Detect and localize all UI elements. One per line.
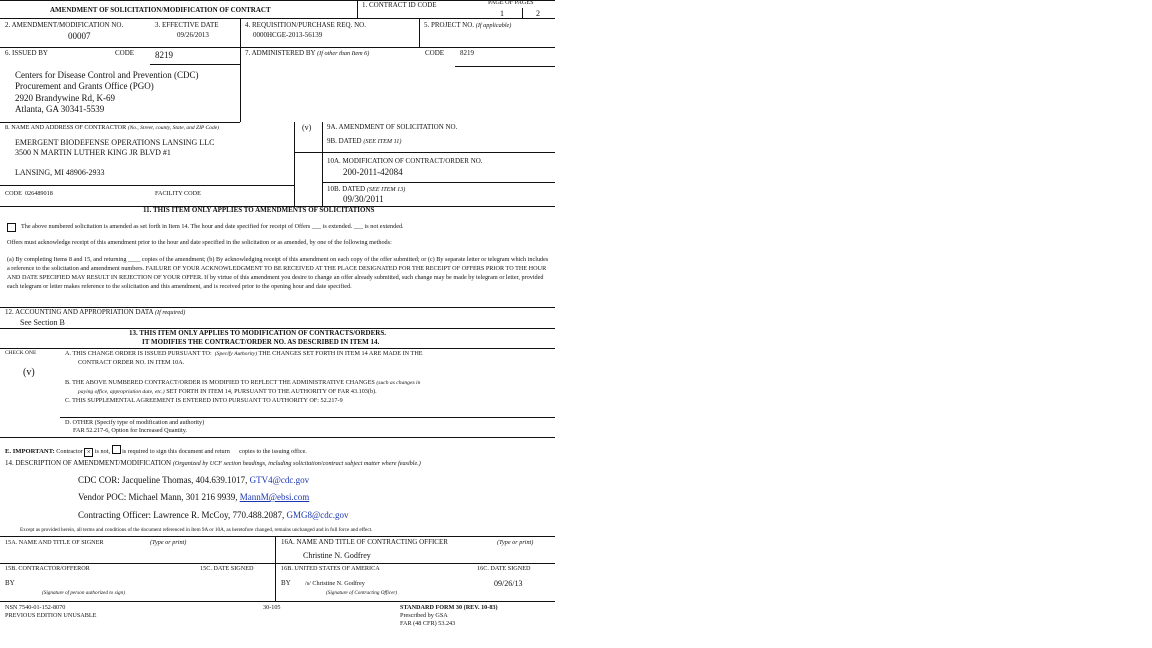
block7-code: 8219 bbox=[460, 50, 474, 57]
block16b-by: BY bbox=[281, 580, 291, 587]
rule bbox=[522, 8, 523, 18]
contact-co: Contracting Officer: Lawrence R. McCoy, … bbox=[78, 511, 348, 520]
item11-line1: The above numbered solicitation is amend… bbox=[21, 224, 404, 230]
block8-hint: (No., Street, county, State, and ZIP Cod… bbox=[128, 125, 219, 131]
rule bbox=[0, 348, 555, 349]
rule bbox=[0, 536, 555, 537]
item-e-is-required: is required to sign this document and re… bbox=[122, 448, 230, 455]
block15b-by: BY bbox=[5, 580, 15, 587]
rule bbox=[275, 536, 276, 601]
block15b-sig-hint: (Signature of person authorized to sign) bbox=[42, 591, 125, 596]
issuer-line-4: Atlanta, GA 30341-5539 bbox=[15, 105, 104, 114]
rule bbox=[0, 185, 294, 186]
rule bbox=[0, 18, 555, 19]
item-e-contractor: Contractor bbox=[56, 448, 82, 455]
item13c-line: C. THIS SUPPLEMENTAL AGREEMENT IS ENTERE… bbox=[65, 398, 343, 404]
contact-cor-text: CDC COR: Jacqueline Thomas, 404.639.1017… bbox=[78, 475, 250, 485]
block5-label: 5. PROJECT NO. (If applicable) bbox=[424, 22, 511, 29]
item13-title-2: IT MODIFIES THE CONTRACT/ORDER NO. AS DE… bbox=[142, 339, 379, 346]
rule bbox=[0, 122, 240, 123]
block16a-hint: (Type or print) bbox=[497, 540, 533, 546]
footer-nsn: NSN 7540-01-152-8070 bbox=[5, 605, 65, 611]
footer-prescribed: Prescribed by GSA bbox=[400, 613, 448, 619]
contact-cor: CDC COR: Jacqueline Thomas, 404.639.1017… bbox=[78, 476, 309, 485]
item13b-post: SET FORTH IN ITEM 14, PURSUANT TO THE AU… bbox=[166, 388, 376, 395]
contact-co-email[interactable]: GMG8@cdc.gov bbox=[286, 510, 348, 520]
item14-footer-note: Except as provided herein, all terms and… bbox=[20, 528, 372, 533]
footer-far: FAR (48 CFR) 53.243 bbox=[400, 621, 455, 627]
block7-code-label: CODE bbox=[425, 50, 444, 57]
block6-label: 6. ISSUED BY bbox=[5, 50, 48, 57]
block16b-sig-hint: (Signature of Contracting Officer) bbox=[326, 591, 397, 596]
block1-label: 1. CONTRACT ID CODE bbox=[362, 2, 437, 9]
block5-hint: (If applicable) bbox=[476, 22, 512, 29]
item12-value: See Section B bbox=[20, 319, 65, 327]
block10b-label-text: 10B. DATED bbox=[327, 185, 365, 193]
block16b-label: 16B. UNITED STATES OF AMERICA bbox=[281, 566, 380, 572]
item11-checkbox[interactable] bbox=[7, 223, 16, 232]
rule bbox=[322, 182, 555, 183]
rule bbox=[357, 0, 358, 18]
rule bbox=[0, 563, 555, 564]
block7-label: 7. ADMINISTERED BY (If other than Item 6… bbox=[245, 50, 369, 57]
block8-label: 8. NAME AND ADDRESS OF CONTRACTOR (No., … bbox=[5, 125, 219, 132]
footer-code: 30-105 bbox=[263, 605, 281, 611]
block10b-value: 09/30/2011 bbox=[343, 195, 384, 204]
contact-vendor-text: Vendor POC: Michael Mann, 301 216 9939, bbox=[78, 492, 240, 502]
page-total: 2 bbox=[536, 10, 540, 18]
check-mark-13[interactable]: (v) bbox=[23, 368, 35, 378]
item-e-is-not: is not, bbox=[95, 448, 110, 455]
issuer-line-2: Procurement and Grants Office (PGO) bbox=[15, 82, 154, 91]
block9b-label-text: 9B. DATED bbox=[327, 137, 362, 145]
contractor-code: CODE 026489018 bbox=[5, 191, 53, 197]
item13a-hint: (Specify Authority) bbox=[215, 351, 257, 357]
item-e: E. IMPORTANT: Contractor × is not, is re… bbox=[5, 445, 307, 457]
sf30-form: AMENDMENT OF SOLICITATION/MODIFICATION O… bbox=[0, 0, 555, 648]
item13b-hint2: paying office, appropriation date, etc.) bbox=[78, 389, 165, 395]
block6-code-label: CODE bbox=[115, 50, 134, 57]
block4-value: 0000HCGE-2013-56139 bbox=[253, 32, 322, 39]
item14-label: 14. DESCRIPTION OF AMENDMENT/MODIFICATIO… bbox=[5, 460, 421, 467]
item13a-line2: CONTRACT ORDER NO. IN ITEM 10A. bbox=[78, 360, 184, 366]
rule bbox=[455, 66, 555, 67]
contact-vendor-email[interactable]: MannM@ebsi.com bbox=[240, 492, 310, 502]
contractor-code-label: CODE bbox=[5, 190, 22, 197]
item12-label: 12. ACCOUNTING AND APPROPRIATION DATA (I… bbox=[5, 309, 185, 316]
item13b-pre: B. THE ABOVE NUMBERED CONTRACT/ORDER IS … bbox=[65, 379, 375, 386]
check-mark-9a[interactable]: (v) bbox=[302, 124, 311, 132]
footer-sf: STANDARD FORM 30 (REV. 10-83) bbox=[400, 605, 498, 611]
block5-label-text: 5. PROJECT NO. bbox=[424, 21, 474, 29]
block3-value: 09/26/2013 bbox=[177, 32, 209, 39]
item13d-line1: D. OTHER (Specify type of modification a… bbox=[65, 420, 204, 426]
item-e-label: E. IMPORTANT: bbox=[5, 448, 55, 455]
block9b-hint: (SEE ITEM 11) bbox=[363, 138, 401, 145]
block15c-label: 15C. DATE SIGNED bbox=[200, 566, 253, 572]
block6-code: 8219 bbox=[155, 51, 173, 60]
item13a-pre: A. THIS CHANGE ORDER IS ISSUED PURSUANT … bbox=[65, 350, 212, 357]
item13-title-1: 13. THIS ITEM ONLY APPLIES TO MODIFICATI… bbox=[129, 330, 386, 337]
block9a-label: 9A. AMENDMENT OF SOLICITATION NO. bbox=[327, 124, 457, 131]
block16a-label: 16A. NAME AND TITLE OF CONTRACTING OFFIC… bbox=[281, 539, 448, 546]
block10a-label: 10A. MODIFICATION OF CONTRACT/ORDER NO. bbox=[327, 158, 483, 165]
item13b-line2: paying office, appropriation date, etc.)… bbox=[78, 389, 377, 396]
block7-hint: (If other than Item 6) bbox=[317, 50, 369, 57]
rule bbox=[0, 601, 555, 602]
form-title: AMENDMENT OF SOLICITATION/MODIFICATION O… bbox=[50, 7, 271, 14]
contact-vendor: Vendor POC: Michael Mann, 301 216 9939, … bbox=[78, 493, 309, 502]
rule bbox=[0, 437, 555, 438]
item11-line2: Offers must acknowledge receipt of this … bbox=[7, 240, 392, 246]
block4-label: 4. REQUISITION/PURCHASE REQ. NO. bbox=[245, 22, 366, 29]
rule bbox=[294, 122, 295, 206]
item14-label-text: 14. DESCRIPTION OF AMENDMENT/MODIFICATIO… bbox=[5, 459, 171, 467]
block15a-label: 15A. NAME AND TITLE OF SIGNER bbox=[5, 540, 104, 546]
item11-title: 11. THIS ITEM ONLY APPLIES TO AMENDMENTS… bbox=[143, 207, 374, 214]
rule bbox=[240, 18, 241, 122]
contractor-line-3: LANSING, MI 48906-2933 bbox=[15, 169, 105, 177]
pages-label: PAGE OF PAGES bbox=[488, 0, 534, 6]
is-not-checkbox[interactable]: × bbox=[84, 448, 93, 457]
item13b-line1: B. THE ABOVE NUMBERED CONTRACT/ORDER IS … bbox=[65, 380, 420, 387]
contractor-line-2: 3500 N MARTIN LUTHER KING JR BLVD #1 bbox=[15, 149, 171, 157]
block2-label: 2. AMENDMENT/MODIFICATION NO. bbox=[5, 22, 123, 29]
contact-cor-email[interactable]: GTV4@cdc.gov bbox=[250, 475, 310, 485]
rule bbox=[60, 417, 555, 418]
item13b-hint: (such as changes in bbox=[376, 380, 420, 386]
block10b-label: 10B. DATED (SEE ITEM 13) bbox=[327, 186, 405, 193]
is-required-checkbox[interactable] bbox=[112, 445, 121, 454]
block16c-value: 09/26/13 bbox=[494, 580, 522, 588]
contact-co-text: Contracting Officer: Lawrence R. McCoy, … bbox=[78, 510, 286, 520]
footer-prev: PREVIOUS EDITION UNUSABLE bbox=[5, 613, 96, 619]
block10a-value: 200-2011-42084 bbox=[343, 168, 403, 177]
block8-label-text: 8. NAME AND ADDRESS OF CONTRACTOR bbox=[5, 124, 126, 131]
item12-hint: (If required) bbox=[155, 309, 185, 316]
item14-hint: (Organized by UCF section headings, incl… bbox=[173, 460, 421, 467]
block16b-signature: /s/ Christine N. Godfrey bbox=[305, 581, 365, 587]
contractor-line-1: EMERGENT BIODEFENSE OPERATIONS LANSING L… bbox=[15, 139, 214, 147]
item11-methods: (a) By completing Items 8 and 15, and re… bbox=[7, 255, 552, 291]
rule bbox=[322, 122, 323, 206]
block9b-label: 9B. DATED (SEE ITEM 11) bbox=[327, 138, 401, 145]
page-number: 1 bbox=[500, 10, 504, 18]
block10b-hint: (SEE ITEM 13) bbox=[367, 186, 406, 193]
rule bbox=[0, 47, 555, 48]
rule bbox=[419, 18, 420, 47]
block16a-value: Christine N. Godfrey bbox=[303, 552, 371, 560]
contractor-code-value: 026489018 bbox=[25, 190, 53, 197]
rule bbox=[294, 152, 555, 153]
block7-label-text: 7. ADMINISTERED BY bbox=[245, 49, 315, 57]
item13d-line2: FAR 52.217-6, Option for Increased Quant… bbox=[73, 428, 187, 434]
item13a-line1: A. THIS CHANGE ORDER IS ISSUED PURSUANT … bbox=[65, 351, 423, 358]
issuer-line-3: 2920 Brandywine Rd, K-69 bbox=[15, 94, 115, 103]
facility-code-label: FACILITY CODE bbox=[155, 191, 201, 197]
item12-label-text: 12. ACCOUNTING AND APPROPRIATION DATA bbox=[5, 308, 153, 316]
block16c-label: 16C. DATE SIGNED bbox=[477, 566, 530, 572]
item13a-post: THE CHANGES SET FORTH IN ITEM 14 ARE MAD… bbox=[259, 350, 423, 357]
block15a-hint: (Type or print) bbox=[150, 540, 186, 546]
block15b-label: 15B. CONTRACTOR/OFFEROR bbox=[5, 566, 90, 572]
rule bbox=[150, 64, 240, 65]
issuer-line-1: Centers for Disease Control and Preventi… bbox=[15, 71, 198, 80]
check-one-label: CHECK ONE bbox=[5, 351, 36, 357]
block3-label: 3. EFFECTIVE DATE bbox=[155, 22, 219, 29]
item-e-copies: copies to the issuing office. bbox=[239, 448, 307, 455]
rule bbox=[0, 0, 555, 1]
block2-value: 00007 bbox=[68, 32, 91, 41]
